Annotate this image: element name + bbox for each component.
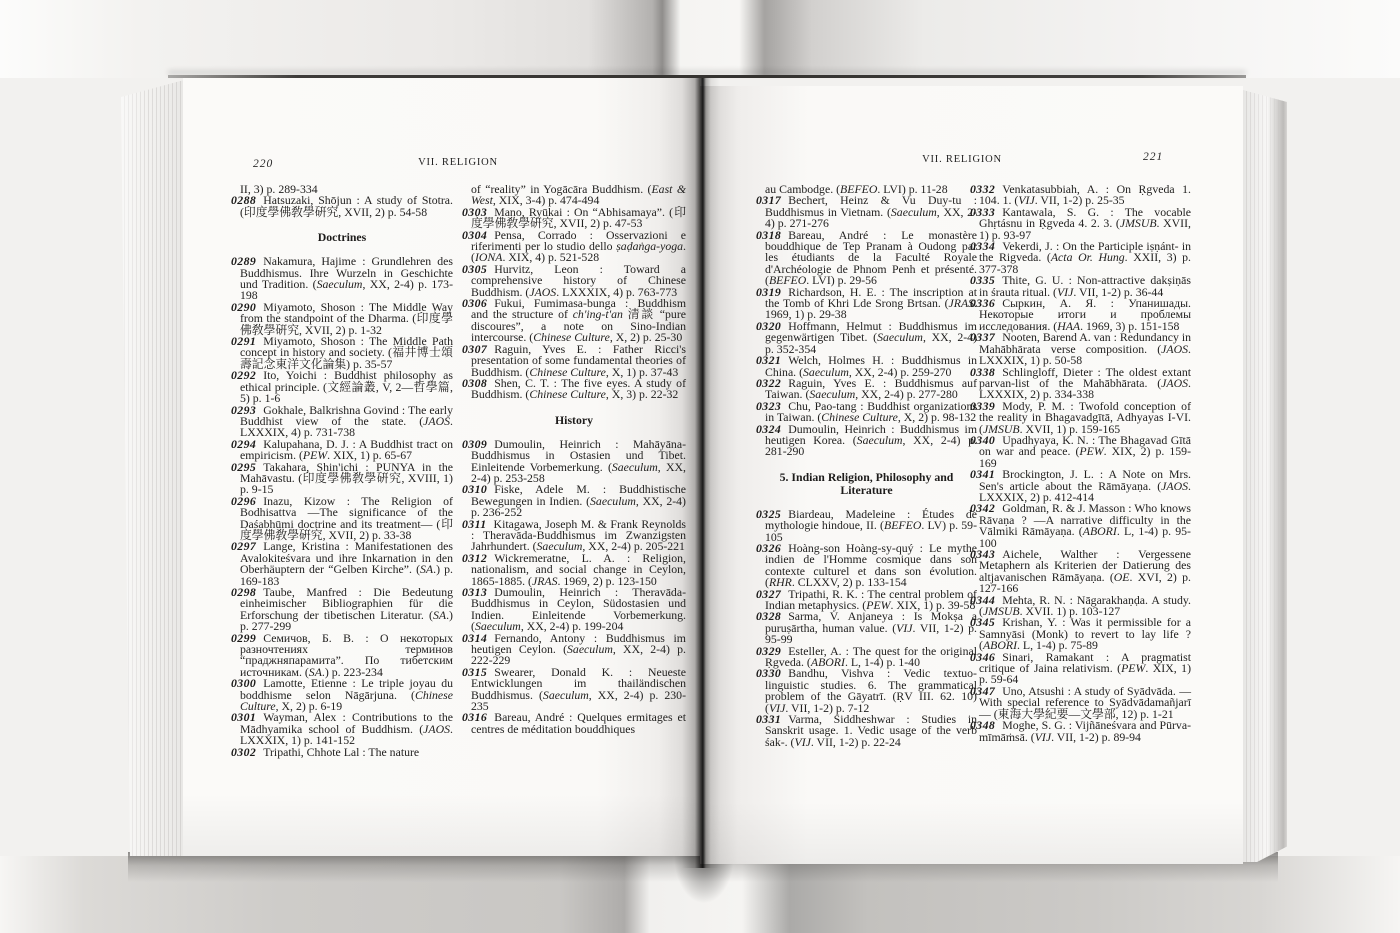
book-photo-scene: 220 VII. RELIGION VII. RELIGION 221 II, … — [0, 0, 1400, 933]
entry-number: 0325 — [756, 507, 781, 521]
bibliography-entry: 0321Welch, Holmes H. : Buddhismus in Chi… — [756, 355, 977, 378]
bibliography-entry: 0347Uno, Atsushi : A study of Syādvāda. … — [970, 686, 1191, 720]
running-header-left: VII. RELIGION — [378, 157, 538, 168]
entry-number: 0314 — [462, 631, 487, 645]
entry-number: 0326 — [756, 541, 781, 555]
bibliography-entry: 0302Tripathi, Chhote Lal : The nature — [231, 747, 453, 758]
bibliography-entry: 0341Brockington, J. L. : A Note on Mrs. … — [970, 469, 1191, 503]
book-gutter-shadow — [682, 78, 720, 868]
text-column-right-1: au Cambodge. (BEFEO. LVI) p. 11-280317Be… — [756, 184, 977, 748]
bibliography-entry: 0289Nakamura, Hajime : Grundlehren des B… — [231, 256, 453, 302]
entry-number: 0338 — [970, 365, 995, 379]
bibliography-entry: 0319Richardson, H. E. : The inscription … — [756, 287, 977, 321]
entry-number: 0340 — [970, 433, 995, 447]
entry-number: 0334 — [970, 239, 995, 253]
bibliography-entry: 0333Kantawala, S. G. : The vocable Ghṛtá… — [970, 207, 1191, 241]
bibliography-entry: 0325Biardeau, Madeleine : Études de myth… — [756, 509, 977, 543]
bibliography-entry: 0318Bareau, André : Le monastère bouddhi… — [756, 230, 977, 287]
entry-number: 0306 — [462, 296, 487, 310]
entry-number: 0316 — [462, 710, 487, 724]
bibliography-entry: 0316Bareau, André : Quelques ermitages e… — [462, 712, 686, 735]
entry-number: 0321 — [756, 353, 781, 367]
bibliography-entry: 0300Lamotte, Etienne : Le triple joyau d… — [231, 678, 453, 712]
entry-number: 0310 — [462, 482, 487, 496]
bibliography-entry: 0335Thite, G. U. : Non-attractive dakṣiṇ… — [970, 275, 1191, 298]
page-number-right: 221 — [1143, 151, 1163, 163]
bibliography-entry: 0303Mano, Ryūkai : On “Abhisamaya”. (印度學… — [462, 207, 686, 230]
entry-number: 0303 — [462, 205, 487, 219]
bibliography-entry: 0345Krishan, Y. : Was it permissible for… — [970, 617, 1191, 651]
entry-number: 0296 — [231, 494, 256, 508]
bibliography-entry: 0294Kalupahana, D. J. : A Buddhist tract… — [231, 439, 453, 462]
entry-number: 0324 — [756, 422, 781, 436]
bibliography-entry: 0293Gokhale, Balkrishna Govind : The ear… — [231, 405, 453, 439]
bibliography-entry: 0307Raguin, Yves E. : Father Ricci's pre… — [462, 344, 686, 378]
entry-number: 0320 — [756, 319, 781, 333]
bibliography-entry: 0329Esteller, A. : The quest for the ori… — [756, 646, 977, 669]
bibliography-entry: 0310Fiske, Adele M. : Buddhistische Bewe… — [462, 484, 686, 518]
bibliography-entry: 0298Taube, Manfred : Die Bedeutung einhe… — [231, 587, 453, 633]
entry-number: 0332 — [970, 182, 995, 196]
entry-number: 0288 — [231, 193, 256, 207]
bibliography-entry: 0330Bandhu, Vishva : Vedic textuo-lingui… — [756, 668, 977, 714]
entry-number: 0319 — [756, 285, 781, 299]
bibliography-entry: 0296Inazu, Kizow : The Religion of Bodhi… — [231, 496, 453, 542]
entry-number: 0302 — [231, 745, 256, 759]
running-header-right: VII. RELIGION — [882, 154, 1042, 165]
entry-number: 0317 — [756, 193, 781, 207]
entry-number: 0346 — [970, 650, 995, 664]
bibliography-entry: 0299Семичов, Б. В. : О некоторых разночт… — [231, 633, 453, 679]
bibliography-entry: 0344Mehta, R. N. : Nāgarakhaṇḍa. A study… — [970, 595, 1191, 618]
bibliography-entry: 0317Bechert, Heinz & Vu Duy-tu : Buddhis… — [756, 195, 977, 229]
entry-number: 0336 — [970, 296, 995, 310]
entry-number: 0293 — [231, 403, 256, 417]
bibliography-entry: 0320Hoffmann, Helmut : Buddhismus im geg… — [756, 321, 977, 355]
entry-number: 0327 — [756, 587, 781, 601]
bibliography-entry: 0331Varma, Siddheshwar : Studies in Sans… — [756, 714, 977, 748]
text-column-left-2: of “reality” in Yogācāra Buddhism. (East… — [462, 184, 686, 735]
bibliography-entry: 0290Miyamoto, Shoson : The Middle Way fr… — [231, 302, 453, 336]
entry-number: 0348 — [970, 718, 995, 732]
entry-number: 0297 — [231, 539, 256, 553]
entry-number: 0305 — [462, 262, 487, 276]
bibliography-entry: 0309Dumoulin, Heinrich : Mahāyāna-Buddhi… — [462, 439, 686, 485]
entry-number: 0311 — [462, 517, 487, 531]
bibliography-entry: 0304Pensa, Corrado : Osservazioni e rife… — [462, 230, 686, 264]
bibliography-entry: 0306Fukui, Fumimasa-bunga : Buddhism and… — [462, 298, 686, 344]
entry-number: 0299 — [231, 631, 256, 645]
entry-number: 0309 — [462, 437, 487, 451]
entry-number: 0329 — [756, 644, 781, 658]
entry-number: 0328 — [756, 609, 781, 623]
bibliography-entry: 0327Tripathi, R. K. : The central proble… — [756, 589, 977, 612]
section-heading: 5. Indian Religion, Philosophy and Liter… — [762, 471, 971, 497]
entry-number: 0291 — [231, 334, 256, 348]
bibliography-entry: 0324Dumoulin, Heinrich : Buddhismus im h… — [756, 424, 977, 458]
entry-number: 0312 — [462, 551, 487, 565]
bibliography-entry: 0292Ito, Yoichi : Buddhist philosophy as… — [231, 370, 453, 404]
entry-number: 0289 — [231, 254, 256, 268]
bibliography-entry: 0314Fernando, Antony : Buddhismus im heu… — [462, 633, 686, 667]
bibliography-entry: 0322Raguin, Yves E. : Buddhismus auf Tai… — [756, 378, 977, 401]
bibliography-entry: 0339Mody, P. M. : Twofold conception of … — [970, 401, 1191, 435]
entry-number: 0318 — [756, 228, 781, 242]
entry-number: 0295 — [231, 460, 256, 474]
bibliography-entry: 0301Wayman, Alex : Contributions to the … — [231, 712, 453, 746]
entry-number: 0304 — [462, 228, 487, 242]
bibliography-entry: 0311Kitagawa, Joseph M. & Frank Reynolds… — [462, 519, 686, 553]
section-heading: History — [468, 414, 680, 427]
entry-number: 0341 — [970, 467, 995, 481]
bibliography-entry: 0328Sarma, V. Anjaneya : Is Mokṣa a puru… — [756, 611, 977, 645]
text-column-left-1: II, 3) p. 289-3340288Hatsuzaki, Shōjun :… — [231, 184, 453, 758]
entry-continuation: of “reality” in Yogācāra Buddhism. (East… — [462, 184, 686, 207]
entry-number: 0294 — [231, 437, 256, 451]
bibliography-entry: 0305Hurvitz, Leon : Toward a comprehensi… — [462, 264, 686, 298]
entry-number: 0347 — [970, 684, 995, 698]
entry-number: 0315 — [462, 665, 487, 679]
entry-number: 0333 — [970, 205, 995, 219]
entry-number: 0323 — [756, 399, 781, 413]
entry-number: 0307 — [462, 342, 487, 356]
bibliography-entry: 0338Schlingloff, Dieter : The oldest ext… — [970, 367, 1191, 401]
bibliography-entry: 0291Miyamoto, Shoson : The Middle Path c… — [231, 336, 453, 370]
bibliography-entry: 0340Upadhyaya, K. N. : The Bhagavad Gītā… — [970, 435, 1191, 469]
bibliography-entry: 0336Сыркин, А. Я. : Упанишады. Некоторые… — [970, 298, 1191, 332]
text-column-right-2: 0332Venkatasubbiah, A. : On Ṛgveda 1. 10… — [970, 184, 1191, 743]
background-shadow-top — [0, 0, 1400, 78]
entry-number: 0300 — [231, 676, 256, 690]
bibliography-entry: 0332Venkatasubbiah, A. : On Ṛgveda 1. 10… — [970, 184, 1191, 207]
page-number-left: 220 — [253, 158, 273, 170]
entry-number: 0290 — [231, 300, 256, 314]
bibliography-entry: 0348Moghe, S. G. : Vijñāneśvara and Pūrv… — [970, 720, 1191, 743]
bibliography-entry: 0297Lange, Kristina : Manifestationen de… — [231, 541, 453, 587]
entry-number: 0322 — [756, 376, 781, 390]
bibliography-entry: 0346Sinari, Ramakant : A pragmatist crit… — [970, 652, 1191, 686]
entry-number: 0337 — [970, 330, 995, 344]
entry-number: 0330 — [756, 666, 781, 680]
page-stack-fore-edge-left — [121, 80, 184, 856]
bibliography-entry: 0323Chu, Pao-tang : Buddhist organizatio… — [756, 401, 977, 424]
bibliography-entry: 0326Hoàng-son Hoàng-sy-quý : Le mythe in… — [756, 543, 977, 589]
bibliography-entry: 0288Hatsuzaki, Shōjun : A study of Stotr… — [231, 195, 453, 218]
entry-number: 0342 — [970, 501, 995, 515]
bibliography-entry: 0342Goldman, R. & J. Masson : Who knows … — [970, 503, 1191, 549]
page-stack-fore-edge-right — [1243, 90, 1287, 862]
section-heading: Doctrines — [237, 231, 447, 244]
entry-number: 0339 — [970, 399, 995, 413]
entry-number: 0292 — [231, 368, 256, 382]
bibliography-entry: 0308Shen, C. T. : The five eyes. A study… — [462, 378, 686, 401]
entry-number: 0298 — [231, 585, 256, 599]
entry-number: 0345 — [970, 615, 995, 629]
bibliography-entry: 0315Swearer, Donald K. : Neueste Entwick… — [462, 667, 686, 713]
entry-number: 0301 — [231, 710, 256, 724]
bibliography-entry: 0337Nooten, Barend A. van : Redundancy i… — [970, 332, 1191, 366]
entry-number: 0331 — [756, 712, 781, 726]
bibliography-entry: 0312Wickremeratne, L. A. : Religion, nat… — [462, 553, 686, 587]
bibliography-entry: 0313Dumoulin, Heinrich : Theravāda-Buddh… — [462, 587, 686, 633]
entry-number: 0335 — [970, 273, 995, 287]
bibliography-entry: 0295Takahara, Shin'ichi : PUNYA in the M… — [231, 462, 453, 496]
entry-number: 0343 — [970, 547, 995, 561]
bibliography-entry: 0334Vekerdi, J. : On the Participle iṣṇá… — [970, 241, 1191, 275]
bibliography-entry: 0343Aichele, Walther : Vergessene Metaph… — [970, 549, 1191, 595]
entry-number: 0308 — [462, 376, 487, 390]
entry-number: 0313 — [462, 585, 487, 599]
